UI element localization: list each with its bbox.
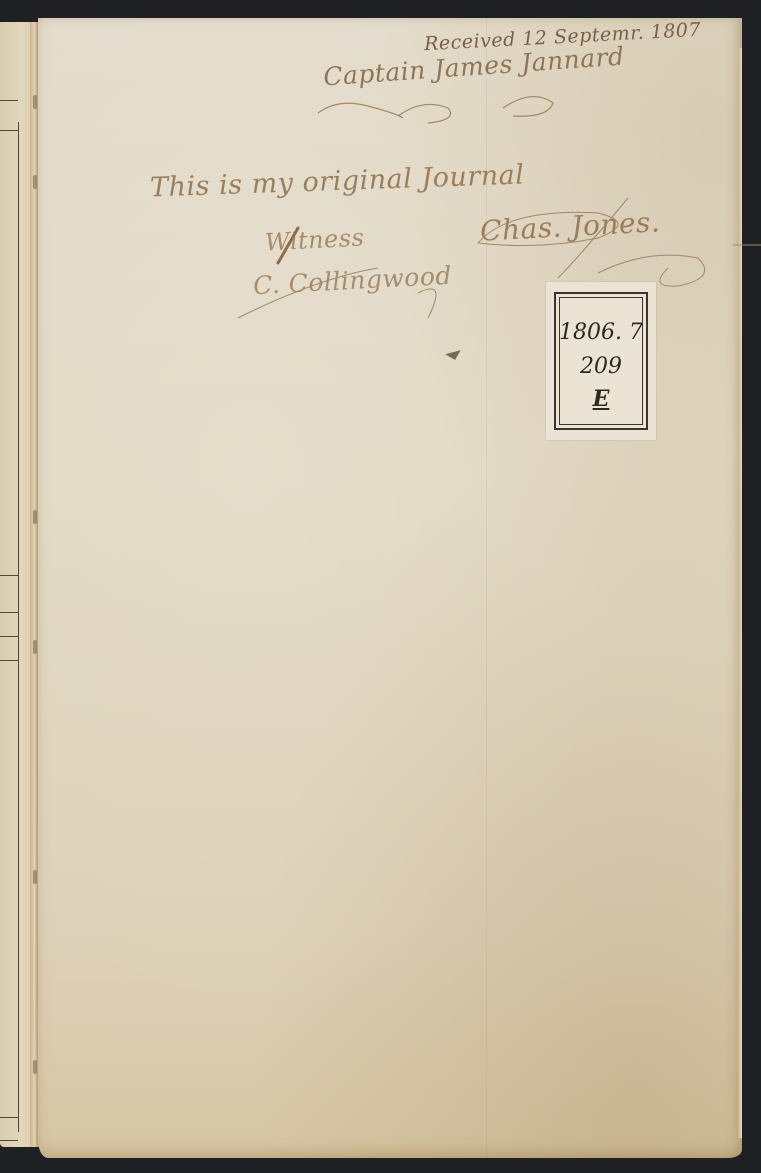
- ruled-row-line: [0, 575, 18, 576]
- label-reference-letter: E: [546, 386, 656, 412]
- manuscript-scan: Received 12 Septemr. 1807 Captain James …: [0, 0, 761, 1173]
- page-edge: [738, 48, 742, 1138]
- journal-page: Received 12 Septemr. 1807 Captain James …: [38, 18, 742, 1158]
- ruled-row-line: [0, 1117, 18, 1118]
- label-reference-year: 1806. 7: [546, 320, 656, 345]
- ruled-row-line: [0, 130, 18, 131]
- binding-stitch: [33, 510, 37, 524]
- ruled-row-line: [0, 1140, 18, 1141]
- ruled-row-line: [0, 636, 18, 637]
- binding-stitch: [33, 175, 37, 189]
- binding-stitch: [33, 1060, 37, 1074]
- ruled-row-line: [0, 100, 18, 101]
- ruled-row-line: [0, 660, 18, 661]
- ruled-row-line: [0, 612, 18, 613]
- binding-stitch: [33, 95, 37, 109]
- ruled-column-line: [18, 122, 19, 1132]
- catalog-label: 1806. 7 209 E: [546, 282, 656, 440]
- binding-stitch: [33, 640, 37, 654]
- label-reference-number: 209: [546, 354, 656, 379]
- ink-blot: [445, 350, 463, 362]
- captain-flourish: [308, 58, 568, 128]
- binding-stitch: [33, 870, 37, 884]
